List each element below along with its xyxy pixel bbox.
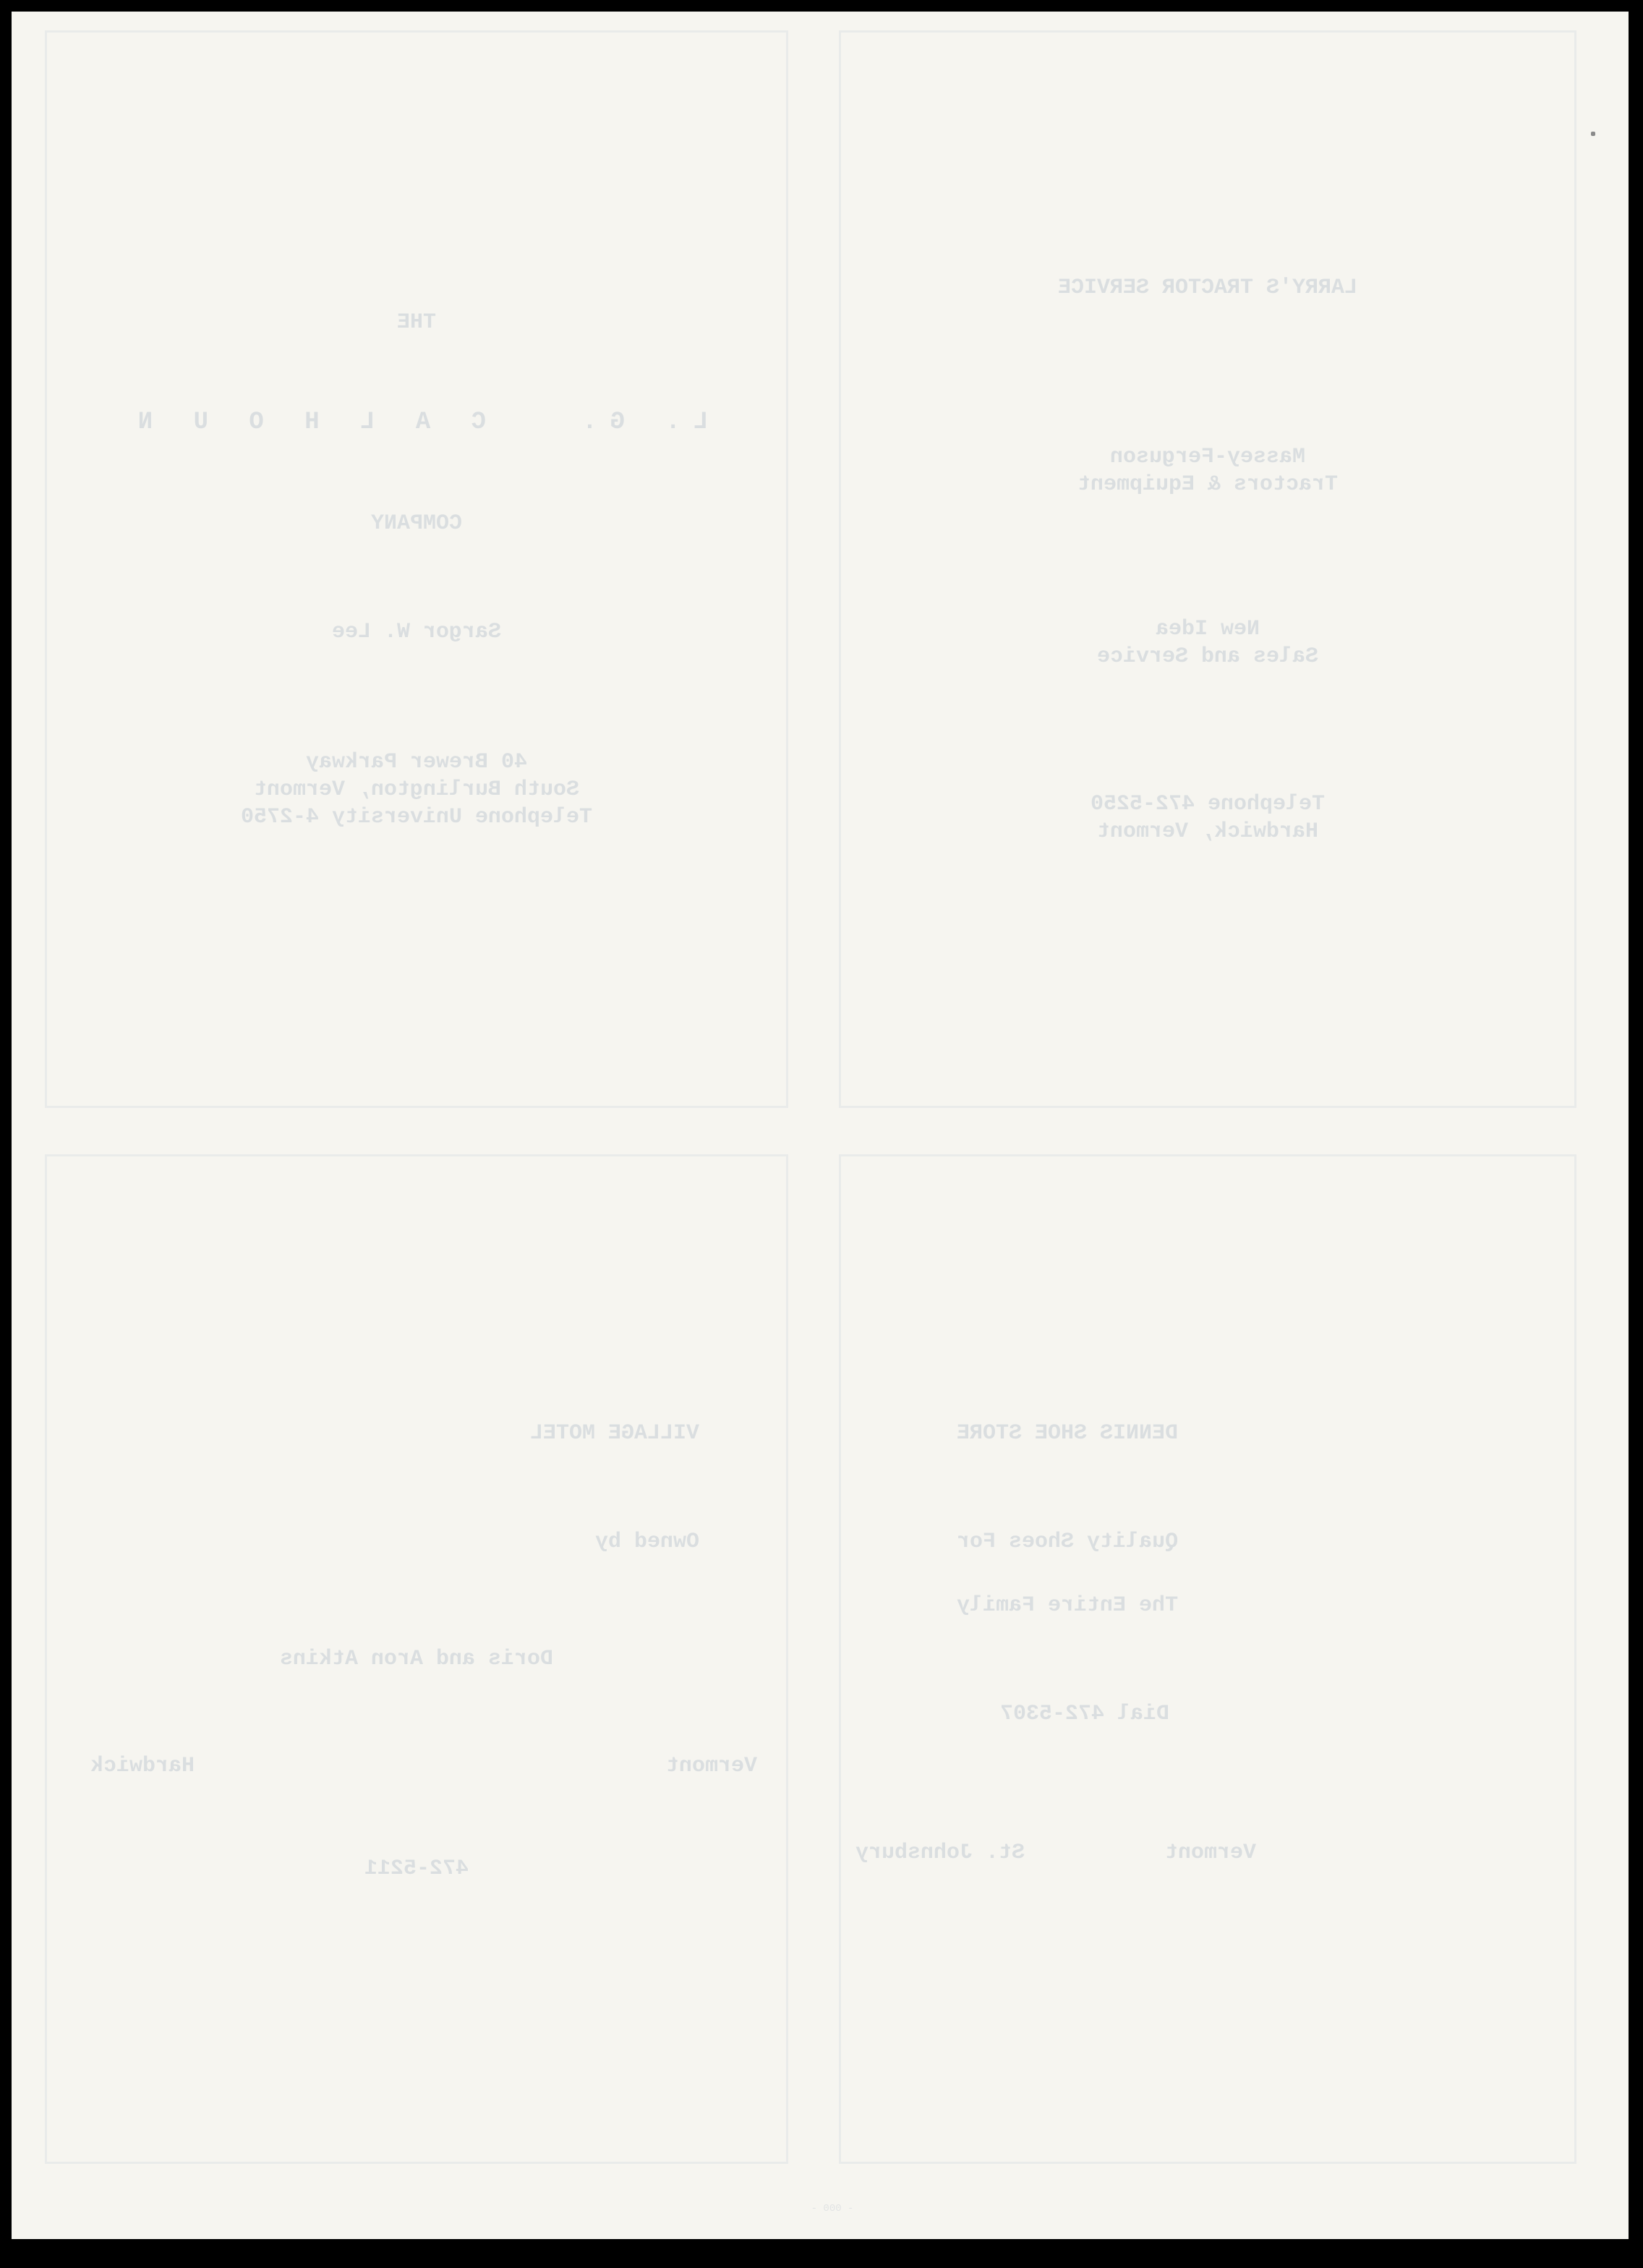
card-line: L. G. C A L H O U N (47, 409, 786, 436)
card-line: Hardwick, Vermont (841, 818, 1574, 845)
card-line: Vermont (666, 1752, 786, 1780)
card-line: Sales and Service (841, 643, 1574, 670)
card-line: Doris and Aron Atkins (47, 1645, 786, 1673)
card-line: COMPANY (47, 510, 786, 537)
card-calhoun: THE L. G. C A L H O U N COMPANY Sargor W… (45, 30, 788, 1108)
card-line: Dial 472-5307 (841, 1700, 1169, 1728)
card-larrys-tractor: LARRY'S TRACTOR SERVICE Massey-Ferguson … (839, 30, 1576, 1108)
card-line: 472-5211 (47, 1855, 786, 1883)
card-line: Vermont (1165, 1839, 1574, 1867)
card-shoe-store: DENNIS SHOE STORE Quality Shoes For The … (839, 1154, 1576, 2164)
card-line: Telephone 472-5250 (841, 790, 1574, 818)
card-line: Telephone University 4-2750 (47, 803, 786, 831)
card-line: South Burlington, Vermont (47, 776, 786, 803)
card-line: St. Johnsbury (841, 1839, 1025, 1867)
scanned-page: THE L. G. C A L H O U N COMPANY Sargor W… (12, 12, 1629, 2239)
card-line: VILLAGE MOTEL (0, 1420, 786, 1447)
card-line: THE (47, 309, 786, 336)
card-village-motel: VILLAGE MOTEL Owned by Doris and Aron At… (45, 1154, 788, 2164)
card-line: Sargor W. Lee (47, 618, 786, 646)
page-number: - 000 - (800, 2203, 865, 2214)
card-line: Quality Shoes For (841, 1528, 1178, 1556)
card-line: Tractors & Equipment (841, 471, 1574, 498)
card-line: DENNIS SHOE STORE (841, 1420, 1178, 1447)
card-line: New Idea (841, 615, 1574, 643)
dust-speck (1591, 132, 1595, 136)
card-line: 40 Brewer Parkway (47, 749, 786, 776)
card-line: LARRY'S TRACTOR SERVICE (841, 274, 1574, 302)
card-line: Hardwick (47, 1752, 195, 1780)
card-line: The Entire Family (841, 1592, 1178, 1619)
card-line: Owned by (0, 1528, 786, 1556)
card-line: Massey-Ferguson (841, 443, 1574, 471)
